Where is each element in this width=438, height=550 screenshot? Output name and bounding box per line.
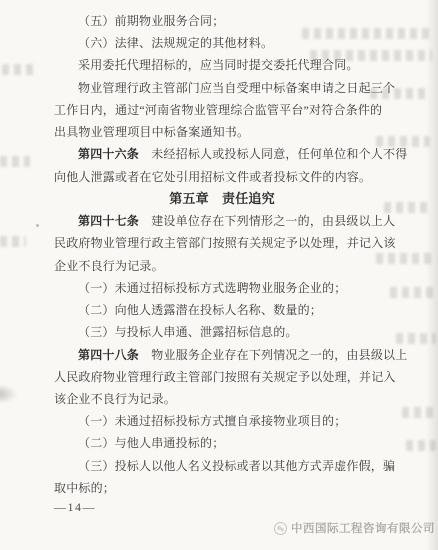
- text-line: 第四十八条 物业服务企业存在下列情况之一的，由县级以上: [54, 344, 390, 366]
- line-text: 民政府物业管理行政主管部门按照有关规定予以处理，并记入该: [54, 236, 396, 250]
- line-text: 出具物业管理项目中标备案通知书。: [54, 125, 249, 139]
- text-line: 出具物业管理项目中标备案通知书。: [54, 121, 390, 143]
- article-number: 第四十八条: [78, 348, 139, 362]
- bleed-through-artifact: [402, 407, 436, 418]
- scan-edge-shadow: [426, 0, 438, 550]
- line-text: （五）前期物业服务合同；: [78, 14, 224, 28]
- bleed-through-artifact: [0, 156, 30, 167]
- article-number: 第四十七条: [78, 214, 139, 228]
- company-seal-icon: [274, 522, 287, 535]
- text-line: （三）投标人以他人名义投标或者以其他方式弄虚作假，骗: [54, 455, 390, 477]
- bleed-through-artifact: [396, 333, 436, 344]
- line-text: 未经招标人或投标人同意，任何单位和个人不得: [139, 147, 407, 161]
- text-line: 人民政府物业管理行政主管部门按照有关规定予以处理，并记入: [54, 366, 390, 388]
- bleed-through-artifact: [406, 440, 436, 451]
- line-text: 物业服务企业存在下列情况之一的，由县级以上: [139, 348, 407, 362]
- line-text: （一）未通过招标投标方式擅自承接物业项目的；: [78, 414, 346, 428]
- line-text: 向他人泄露或者在它处引用招标文件或者投标文件的内容。: [54, 170, 371, 184]
- text-line: 向他人泄露或者在它处引用招标文件或者投标文件的内容。: [54, 166, 390, 188]
- text-line: （五）前期物业服务合同；: [54, 10, 390, 32]
- line-text: （二）向他人透露潜在投标人名称、数量的；: [78, 303, 322, 317]
- text-line: 工作日内，通过“河南省物业管理综合监管平台”对符合条件的: [54, 99, 390, 121]
- line-text: 企业不良行为记录。: [54, 259, 164, 273]
- text-line: 企业不良行为记录。: [54, 255, 390, 277]
- company-name: 中西国际工程咨询有限公司: [291, 520, 435, 536]
- chapter-heading: 第五章 责任追究: [54, 188, 390, 210]
- bleed-through-artifact: [390, 287, 434, 298]
- text-line: 该企业不良行为记录。: [54, 388, 390, 410]
- document-body: （五）前期物业服务合同； （六）法律、法规规定的其他材料。 采用委托代理招标的，…: [54, 10, 390, 499]
- page-number: —14—: [54, 500, 96, 515]
- text-line: （三）与投标人串通、泄露招标信息的。: [54, 321, 390, 343]
- bleed-through-artifact: [2, 64, 38, 75]
- line-text: 物业管理行政主管部门应当自受理中标备案申请之日起三个: [78, 81, 395, 95]
- text-line: 物业管理行政主管部门应当自受理中标备案申请之日起三个: [54, 77, 390, 99]
- line-text: 采用委托代理招标的，应当同时提交委托代理合同。: [78, 58, 359, 72]
- line-text: 人民政府物业管理行政主管部门按照有关规定予以处理，并记入: [54, 370, 396, 384]
- scan-smudge: [0, 384, 18, 404]
- text-line: （一）未通过招标投标方式选聘物业服务企业的；: [54, 277, 390, 299]
- text-line: 采用委托代理招标的，应当同时提交委托代理合同。: [54, 54, 390, 76]
- line-text: 取中标的；: [54, 481, 115, 495]
- line-text: 该企业不良行为记录。: [54, 392, 176, 406]
- text-line: （二）向他人透露潜在投标人名称、数量的；: [54, 299, 390, 321]
- chapter-heading-text: 第五章 责任追究: [169, 191, 275, 206]
- article-number: 第四十六条: [78, 147, 139, 161]
- text-line: 第四十七条 建设单位存在下列情形之一的，由县级以上人: [54, 210, 390, 232]
- bleed-through-artifact: [0, 236, 26, 247]
- line-text: （六）法律、法规规定的其他材料。: [78, 36, 273, 50]
- footer: 中西国际工程咨询有限公司: [274, 520, 435, 536]
- text-line: 民政府物业管理行政主管部门按照有关规定予以处理，并记入该: [54, 232, 390, 254]
- text-line: 取中标的；: [54, 477, 390, 499]
- ink-speck: [36, 224, 39, 227]
- scanned-document-page: （五）前期物业服务合同； （六）法律、法规规定的其他材料。 采用委托代理招标的，…: [0, 0, 438, 550]
- text-line: （二）与他人串通投标的；: [54, 432, 390, 454]
- text-line: （一）未通过招标投标方式擅自承接物业项目的；: [54, 410, 390, 432]
- line-text: （二）与他人串通投标的；: [78, 436, 224, 450]
- text-line: （六）法律、法规规定的其他材料。: [54, 32, 390, 54]
- text-line: 第四十六条 未经招标人或投标人同意，任何单位和个人不得: [54, 143, 390, 165]
- line-text: （一）未通过招标投标方式选聘物业服务企业的；: [78, 281, 346, 295]
- line-text: 工作日内，通过“河南省物业管理综合监管平台”对符合条件的: [54, 103, 382, 117]
- line-text: （三）与投标人串通、泄露招标信息的。: [78, 325, 298, 339]
- line-text: 建设单位存在下列情形之一的，由县级以上人: [139, 214, 395, 228]
- line-text: （三）投标人以他人名义投标或者以其他方式弄虚作假，骗: [78, 459, 395, 473]
